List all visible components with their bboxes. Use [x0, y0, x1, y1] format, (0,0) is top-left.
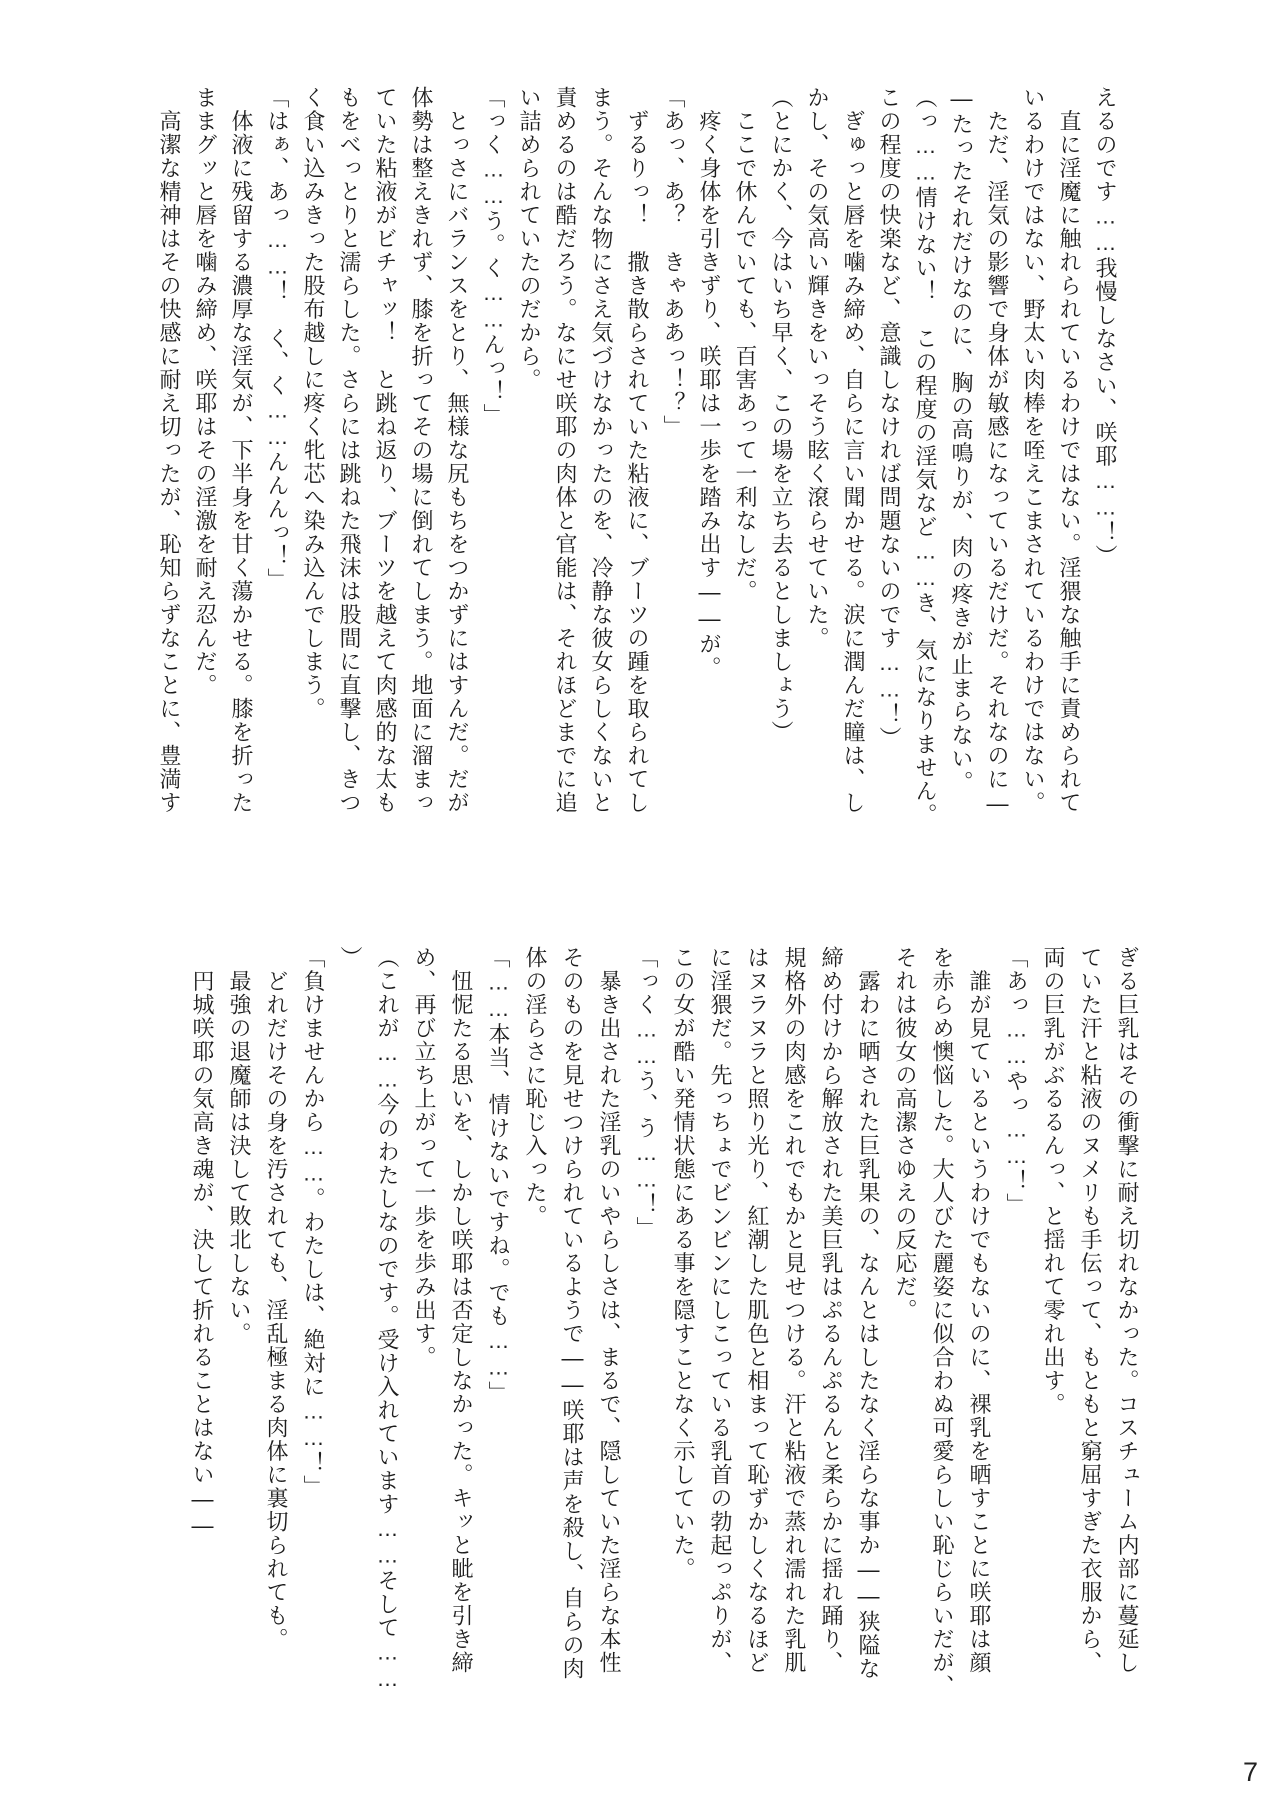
- top-text-block: えるのです……我慢しなさい、咲耶……！） 直に淫魔に触れられているわけではない。…: [158, 86, 1116, 820]
- text-column: ここで休んでいても、百害あって一利なしだ。: [734, 86, 756, 820]
- text-column: ずるりっ！ 撒き散らされていた粘液に、ブーツの踵を取られてし: [626, 86, 648, 820]
- text-column: 両の巨乳がぶるるんっ、と揺れて零れ出す。: [1042, 946, 1064, 1680]
- text-column: 最強の退魔師は決して敗北しない。: [228, 946, 250, 1680]
- text-column: この女が酷い発情状態にある事を隠すことなく示していた。: [672, 946, 694, 1680]
- text-column: （っ……情けない！ この程度の淫気など……き、気になりません。: [914, 86, 936, 820]
- text-column: どれだけその身を汚されても、淫乱極まる肉体に裏切られても。: [265, 946, 287, 1680]
- text-column: 「はぁ、あっ……！ く、く……んんんっ！」: [266, 86, 288, 820]
- text-column: を赤らめ懊悩した。大人びた麗姿に似合わぬ可愛らしい恥じらいだが、: [931, 946, 953, 1680]
- text-column: 直に淫魔に触れられているわけではない。淫猥な触手に責められて: [1058, 86, 1080, 820]
- text-column: ぎる巨乳はその衝撃に耐え切れなかった。コスチューム内部に蔓延し: [1116, 946, 1138, 1680]
- text-column: ただ、淫気の影響で身体が敏感になっているだけだ。それなのに―: [986, 86, 1008, 820]
- text-column: 「……本当、情けないですね。でも……」: [487, 946, 509, 1680]
- text-column: に淫猥だ。先っちょでビンビンにしこっている乳首の勃起っぷりが、: [709, 946, 731, 1680]
- text-column: えるのです……我慢しなさい、咲耶……！）: [1094, 86, 1116, 820]
- text-column: 疼く身体を引きずり、咲耶は一歩を踏み出す――が。: [698, 86, 720, 820]
- text-column: ）: [339, 946, 361, 1680]
- text-column: 規格外の肉感をこれでもかと見せつける。汗と粘液で蒸れ濡れた乳肌: [783, 946, 805, 1680]
- text-column: い詰められていたのだから。: [518, 86, 540, 820]
- text-column: 「あっ、あ？ きゃああっ！？」: [662, 86, 684, 820]
- text-column: ―たったそれだけなのに、胸の高鳴りが、肉の疼きが止まらない。: [950, 86, 972, 820]
- text-column: 「あっ……やっ……！」: [1005, 946, 1027, 1680]
- text-column: 暴き出された淫乳のいやらしさは、まるで、隠していた淫らな本性: [598, 946, 620, 1680]
- text-column: 誰が見ているというわけでもないのに、裸乳を晒すことに咲耶は顔: [968, 946, 990, 1680]
- text-column: 締め付けから解放された美巨乳はぷるんぷるんと柔らかに揺れ踊り、: [820, 946, 842, 1680]
- text-column: もをべっとりと濡らした。さらには跳ねた飛沫は股間に直撃し、きつ: [338, 86, 360, 820]
- text-column: はヌラヌラと照り光り、紅潮した肌色と相まって恥ずかしくなるほど: [746, 946, 768, 1680]
- text-column: （これが……今のわたしなのです。受け入れています……そして……: [376, 946, 398, 1680]
- text-column: 「っく……う、う……！」: [635, 946, 657, 1680]
- text-column: 「負けませんから……。わたしは、絶対に……！」: [302, 946, 324, 1680]
- text-column: 体勢は整えきれず、膝を折ってその場に倒れてしまう。地面に溜まっ: [410, 86, 432, 820]
- text-column: 体の淫らさに恥じ入った。: [524, 946, 546, 1680]
- text-column: この程度の快楽など、意識しなければ問題ないのです……！）: [878, 86, 900, 820]
- bottom-text-block: ぎる巨乳はその衝撃に耐え切れなかった。コスチューム内部に蔓延していた汗と粘液のヌ…: [191, 946, 1138, 1680]
- text-column: そのものを見せつけられているようで――咲耶は声を殺し、自らの肉: [561, 946, 583, 1680]
- text-column: ままグッと唇を噛み締め、咲耶はその淫激を耐え忍んだ。: [194, 86, 216, 820]
- document-page: えるのです……我慢しなさい、咲耶……！） 直に淫魔に触れられているわけではない。…: [0, 0, 1280, 1814]
- text-column: それは彼女の高潔さゆえの反応だ。: [894, 946, 916, 1680]
- text-column: 忸怩たる思いを、しかし咲耶は否定しなかった。キッと眦を引き締: [450, 946, 472, 1680]
- text-column: く食い込みきった股布越しに疼く牝芯へ染み込んでしまう。: [302, 86, 324, 820]
- text-column: 「っく……う。く……んっ！」: [482, 86, 504, 820]
- text-column: いるわけではない、野太い肉棒を咥えこまされているわけではない。: [1022, 86, 1044, 820]
- text-column: 責めるのは酷だろう。なにせ咲耶の肉体と官能は、それほどまでに追: [554, 86, 576, 820]
- text-column: 高潔な精神はその快感に耐え切ったが、恥知らずなことに、豊満す: [158, 86, 180, 820]
- text-column: ていた粘液がビチャッ！ と跳ね返り、ブーツを越えて肉感的な太も: [374, 86, 396, 820]
- text-column: ぎゅっと唇を噛み締め、自らに言い聞かせる。涙に潤んだ瞳は、し: [842, 86, 864, 820]
- page-number: 7: [1243, 1757, 1258, 1788]
- text-column: ていた汗と粘液のヌメリも手伝って、もともと窮屈すぎた衣服から、: [1079, 946, 1101, 1680]
- text-column: とっさにバランスをとり、無様な尻もちをつかずにはすんだ。だが: [446, 86, 468, 820]
- text-column: め、再び立ち上がって一歩を歩み出す。: [413, 946, 435, 1680]
- text-column: 円城咲耶の気高き魂が、決して折れることはない――: [191, 946, 213, 1680]
- text-column: 体液に残留する濃厚な淫気が、下半身を甘く蕩かせる。膝を折った: [230, 86, 252, 820]
- text-column: 露わに晒された巨乳果の、なんとはしたなく淫らな事か――狭隘な: [857, 946, 879, 1680]
- text-column: （とにかく、今はいち早く、この場を立ち去るとしましょう）: [770, 86, 792, 820]
- text-column: かし、その気高い輝きをいっそう眩く滾らせていた。: [806, 86, 828, 820]
- text-column: まう。そんな物にさえ気づけなかったのを、冷静な彼女らしくないと: [590, 86, 612, 820]
